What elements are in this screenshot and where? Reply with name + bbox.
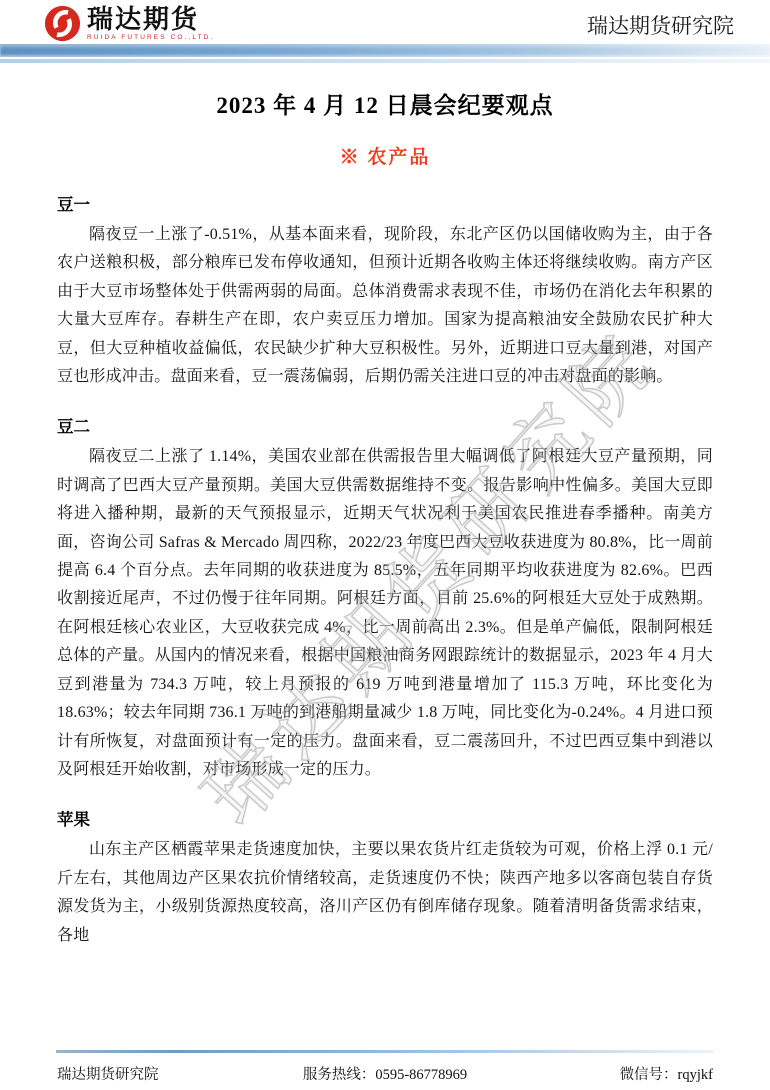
company-logo: 瑞达期货 RUIDA FUTURES CO.,LTD. — [44, 5, 214, 42]
section-douyi: 豆一 隔夜豆一上涨了-0.51%，从基本面来看，现阶段，东北产区仍以国储收购为主… — [57, 191, 713, 391]
footer-divider — [56, 1050, 714, 1053]
logo-swirl-icon — [44, 5, 81, 42]
footer-hotline: 服务热线：0595-86778969 — [237, 1063, 533, 1084]
document-body: 2023 年 4 月 12 日晨会纪要观点 ※ 农产品 豆一 隔夜豆一上涨了-0… — [0, 63, 770, 950]
section-paragraph: 隔夜豆一上涨了-0.51%，从基本面来看，现阶段，东北产区仍以国储收购为主，由于… — [57, 221, 713, 391]
section-douer: 豆二 隔夜豆二上涨了 1.14%，美国农业部在供需报告里大幅调低了阿根廷大豆产量… — [57, 413, 713, 784]
footer-wechat: 微信号：rqyjkf — [533, 1063, 713, 1084]
header-divider-bar — [0, 44, 770, 57]
section-paragraph: 山东主产区栖霞苹果走货速度加快，主要以果农货片红走货较为可观，价格上浮 0.1 … — [57, 836, 713, 950]
footer-row: 瑞达期货研究院 服务热线：0595-86778969 微信号：rqyjkf — [0, 1063, 770, 1084]
logo-text-block: 瑞达期货 RUIDA FUTURES CO.,LTD. — [87, 6, 214, 42]
section-paragraph: 隔夜豆二上涨了 1.14%，美国农业部在供需报告里大幅调低了阿根廷大豆产量预期，… — [57, 443, 713, 784]
page-header: 瑞达期货 RUIDA FUTURES CO.,LTD. 瑞达期货研究院 — [0, 0, 770, 44]
document-page: 瑞达期货 RUIDA FUTURES CO.,LTD. 瑞达期货研究院 2023… — [0, 0, 770, 1090]
section-pingguo: 苹果 山东主产区栖霞苹果走货速度加快，主要以果农货片红走货较为可观，价格上浮 0… — [57, 806, 713, 950]
logo-company-name: 瑞达期货 — [87, 6, 214, 32]
section-heading: 苹果 — [57, 806, 713, 830]
logo-company-name-en: RUIDA FUTURES CO.,LTD. — [87, 35, 214, 42]
page-footer: 瑞达期货研究院 服务热线：0595-86778969 微信号：rqyjkf — [0, 1050, 770, 1084]
category-heading: ※ 农产品 — [57, 142, 713, 169]
section-heading: 豆一 — [57, 191, 713, 215]
section-heading: 豆二 — [57, 413, 713, 437]
document-title: 2023 年 4 月 12 日晨会纪要观点 — [57, 87, 713, 120]
header-institute-name: 瑞达期货研究院 — [587, 10, 734, 42]
footer-institute: 瑞达期货研究院 — [57, 1063, 237, 1084]
